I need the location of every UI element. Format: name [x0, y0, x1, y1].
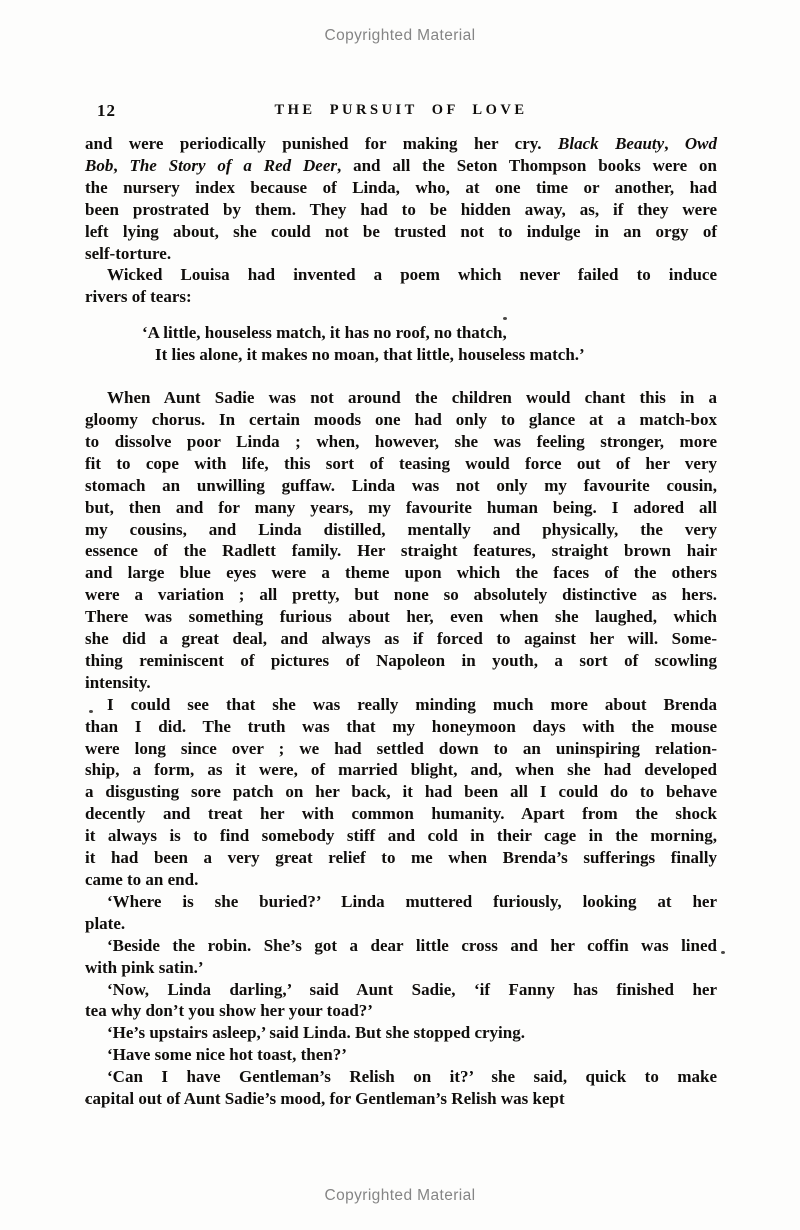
- text-line: it had been a very great relief to me wh…: [85, 847, 717, 869]
- text-line: she did a great deal, and always as if f…: [85, 628, 717, 650]
- paragraph: ‘Where is she buried?’ Linda muttered fu…: [85, 891, 717, 935]
- text-line: fit to cope with life, this sort of teas…: [85, 453, 717, 475]
- text-line: left lying about, she could not be trust…: [85, 221, 717, 243]
- book-page-scan: { "colors": { "paper": "#fdfdfc", "ink":…: [0, 0, 800, 1230]
- text-line: ‘Now, Linda darling,’ said Aunt Sadie, ‘…: [85, 979, 717, 1001]
- text-line: and were periodically punished for makin…: [85, 133, 717, 155]
- text-line: Wicked Louisa had invented a poem which …: [85, 264, 717, 286]
- copyright-watermark-bottom: Copyrighted Material: [0, 1187, 800, 1205]
- scan-speck: [89, 710, 93, 713]
- scan-speck: [85, 1099, 89, 1102]
- text-line: self-torture.: [85, 243, 717, 265]
- text-line: capital out of Aunt Sadie’s mood, for Ge…: [85, 1088, 717, 1110]
- paragraph: and were periodically punished for makin…: [85, 133, 717, 264]
- text-line: essence of the Radlett family. Her strai…: [85, 540, 717, 562]
- text-line: been prostrated by them. They had to be …: [85, 199, 717, 221]
- text-line: a disgusting sore patch on her back, it …: [85, 781, 717, 803]
- text-line: tea why don’t you show her your toad?’: [85, 1000, 717, 1022]
- text-line: and large blue eyes were a theme upon wh…: [85, 562, 717, 584]
- text-line: When Aunt Sadie was not around the child…: [85, 387, 717, 409]
- text-line: intensity.: [85, 672, 717, 694]
- paragraph: Wicked Louisa had invented a poem which …: [85, 264, 717, 308]
- text-line: to dissolve poor Linda ; when, however, …: [85, 431, 717, 453]
- text-line: ‘He’s upstairs asleep,’ said Linda. But …: [85, 1022, 717, 1044]
- text-line: were long since over ; we had settled do…: [85, 738, 717, 760]
- text-line: stomach an unwilling guffaw. Linda was n…: [85, 475, 717, 497]
- paragraph: ‘Now, Linda darling,’ said Aunt Sadie, ‘…: [85, 979, 717, 1023]
- text-line: ‘Have some nice hot toast, then?’: [85, 1044, 717, 1066]
- text-line: I could see that she was really minding …: [85, 694, 717, 716]
- text-line: Bob, The Story of a Red Deer, and all th…: [85, 155, 717, 177]
- text-line: It lies alone, it makes no moan, that li…: [85, 344, 717, 366]
- text-line: gloomy chorus. In certain moods one had …: [85, 409, 717, 431]
- text-line: ship, a form, as it were, of married bli…: [85, 759, 717, 781]
- paragraph: ‘Can I have Gentleman’s Relish on it?’ s…: [85, 1066, 717, 1110]
- text-line: ‘A little, houseless match, it has no ro…: [85, 322, 717, 344]
- scan-speck: [721, 951, 725, 954]
- text-line: my cousins, and Linda distilled, mentall…: [85, 519, 717, 541]
- text-line: rivers of tears:: [85, 286, 717, 308]
- text-line: ‘Can I have Gentleman’s Relish on it?’ s…: [85, 1066, 717, 1088]
- copyright-watermark-top: Copyrighted Material: [0, 27, 800, 45]
- text-line: the nursery index because of Linda, who,…: [85, 177, 717, 199]
- scan-speck: [503, 317, 507, 320]
- text-line: plate.: [85, 913, 717, 935]
- text-line: than I did. The truth was that my honeym…: [85, 716, 717, 738]
- text-line: ‘Where is she buried?’ Linda muttered fu…: [85, 891, 717, 913]
- text-line: thing reminiscent of pictures of Napoleo…: [85, 650, 717, 672]
- text-line: but, then and for many years, my favouri…: [85, 497, 717, 519]
- paragraph: ‘He’s upstairs asleep,’ said Linda. But …: [85, 1022, 717, 1044]
- paragraph: I could see that she was really minding …: [85, 694, 717, 891]
- text-line: came to an end.: [85, 869, 717, 891]
- text-line: were a variation ; all pretty, but none …: [85, 584, 717, 606]
- text-line: it always is to find somebody stiff and …: [85, 825, 717, 847]
- text-line: decently and treat her with common human…: [85, 803, 717, 825]
- text-line: There was something furious about her, e…: [85, 606, 717, 628]
- text-line: with pink satin.’: [85, 957, 717, 979]
- paragraph: ‘Have some nice hot toast, then?’: [85, 1044, 717, 1066]
- page-body: and were periodically punished for makin…: [85, 133, 717, 1110]
- text-line: ‘Beside the robin. She’s got a dear litt…: [85, 935, 717, 957]
- paragraph: ‘Beside the robin. She’s got a dear litt…: [85, 935, 717, 979]
- running-header: 12 THE PURSUIT OF LOVE: [85, 101, 717, 123]
- running-title: THE PURSUIT OF LOVE: [85, 102, 717, 119]
- verse-block: ‘A little, houseless match, it has no ro…: [85, 322, 717, 366]
- paragraph: When Aunt Sadie was not around the child…: [85, 387, 717, 694]
